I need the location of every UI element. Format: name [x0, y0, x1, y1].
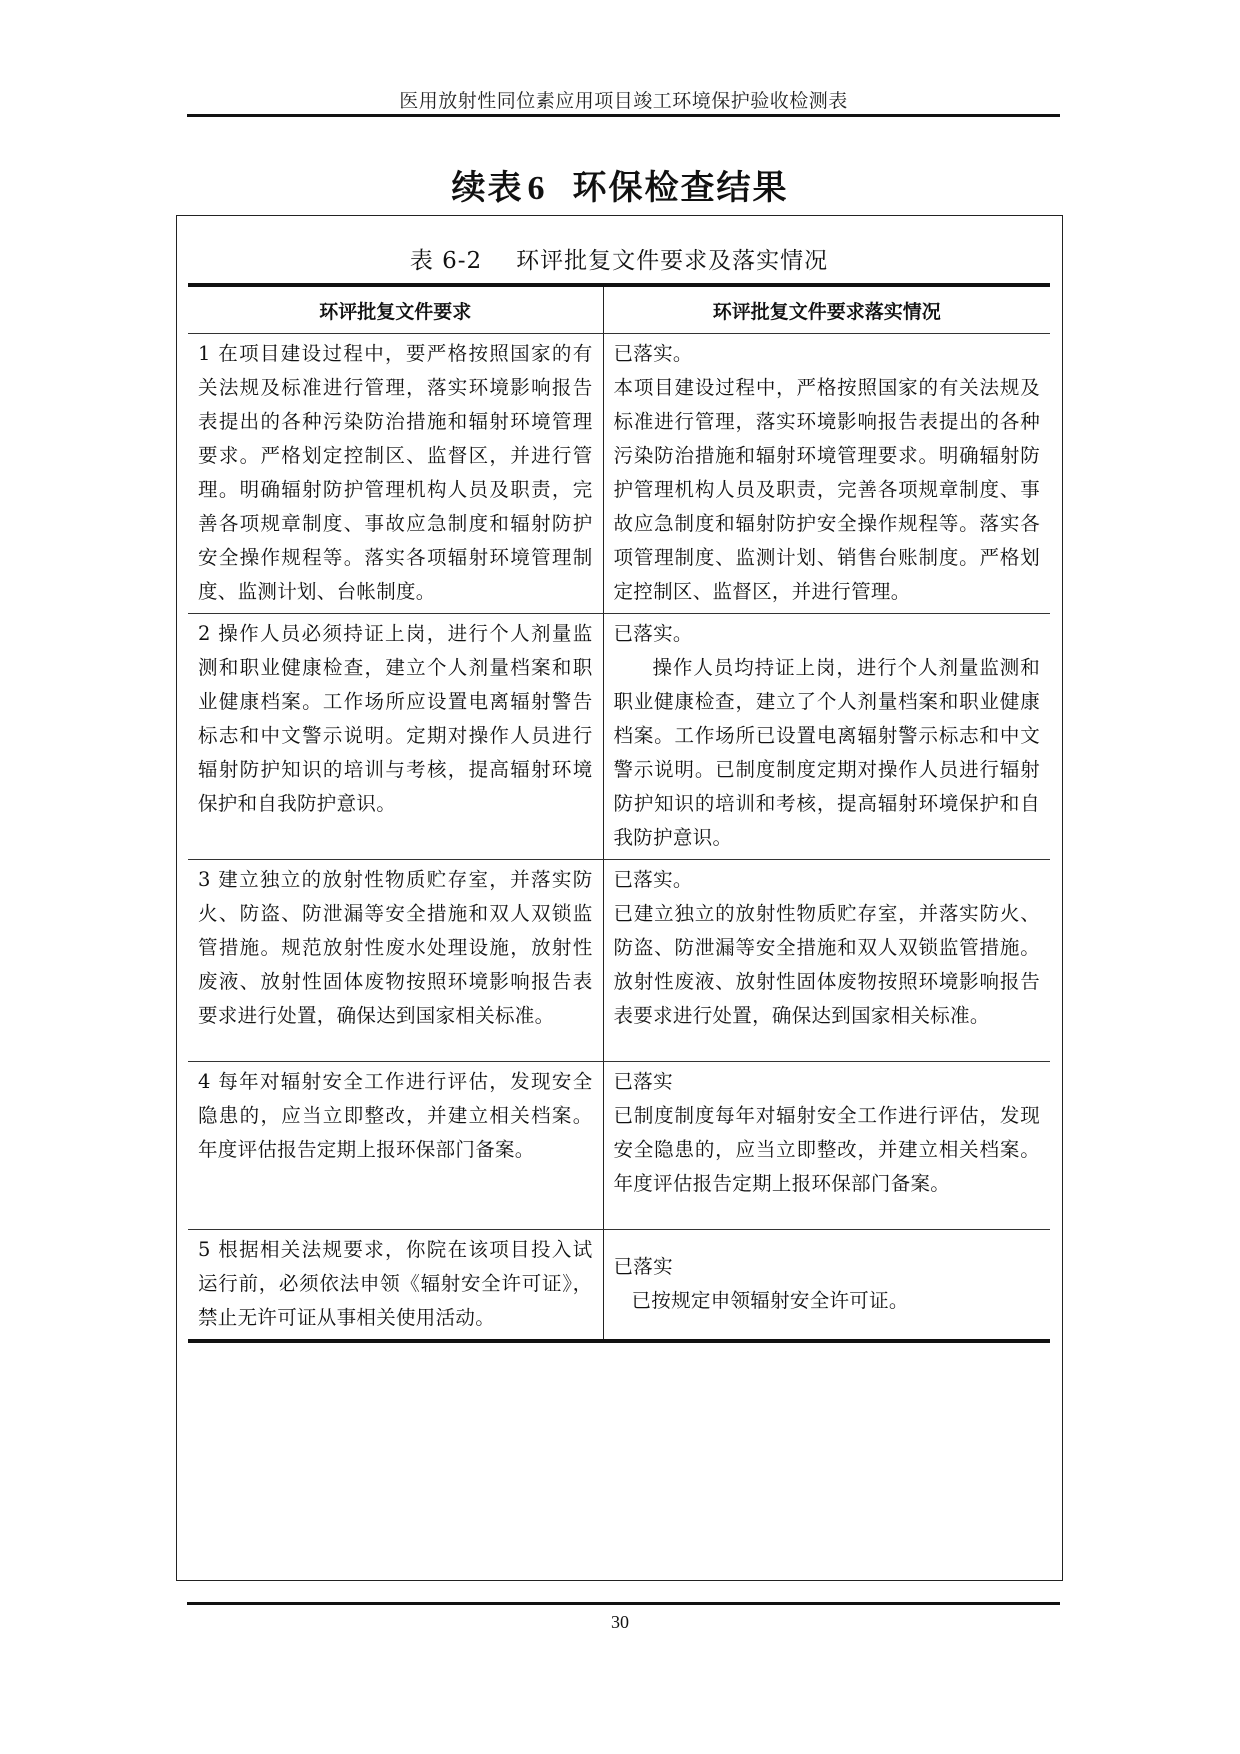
table-header-row: 环评批复文件要求 环评批复文件要求落实情况	[188, 285, 1050, 334]
implementation-cell: 已落实 已按规定申领辐射安全许可证。	[603, 1230, 1050, 1342]
table-row: 1 在项目建设过程中，要严格按照国家的有关法规及标准进行管理，落实环境影响报告表…	[188, 334, 1050, 614]
page-title-number: 6	[528, 170, 547, 207]
implementation-cell: 已落实。 本项目建设过程中，严格按照国家的有关法规及标准进行管理，落实环境影响报…	[603, 334, 1050, 614]
table-row: 3 建立独立的放射性物质贮存室，并落实防火、防盗、防泄漏等安全措施和双人双锁监管…	[188, 860, 1050, 1062]
table-row: 5 根据相关法规要求，你院在该项目投入试运行前，必须依法申领《辐射安全许可证》，…	[188, 1230, 1050, 1342]
implementation-text: 已按规定申领辐射安全许可证。	[614, 1284, 1041, 1318]
table-row: 2 操作人员必须持证上岗，进行个人剂量监测和职业健康检查，建立个人剂量档案和职业…	[188, 614, 1050, 860]
implementation-cell: 已落实 已制度制度每年对辐射安全工作进行评估，发现安全隐患的，应当立即整改，并建…	[603, 1062, 1050, 1230]
requirement-cell: 5 根据相关法规要求，你院在该项目投入试运行前，必须依法申领《辐射安全许可证》，…	[188, 1230, 603, 1342]
implementation-text: 已制度制度每年对辐射安全工作进行评估，发现安全隐患的，应当立即整改，并建立相关档…	[614, 1099, 1041, 1201]
requirements-table: 环评批复文件要求 环评批复文件要求落实情况 1 在项目建设过程中，要严格按照国家…	[188, 283, 1050, 1343]
page-title: 续表6环保检查结果	[0, 160, 1240, 209]
implementation-cell: 已落实。 已建立独立的放射性物质贮存室，并落实防火、防盗、防泄漏等安全措施和双人…	[603, 860, 1050, 1062]
status-text: 已落实。	[614, 863, 1041, 897]
requirement-cell: 1 在项目建设过程中，要严格按照国家的有关法规及标准进行管理，落实环境影响报告表…	[188, 334, 603, 614]
status-text: 已落实。	[614, 337, 1041, 371]
page-title-prefix: 续表	[452, 168, 524, 208]
status-text: 已落实	[614, 1065, 1041, 1099]
header-rule	[187, 114, 1060, 117]
requirement-cell: 2 操作人员必须持证上岗，进行个人剂量监测和职业健康检查，建立个人剂量档案和职业…	[188, 614, 603, 860]
column-header-implementation: 环评批复文件要求落实情况	[603, 285, 1050, 334]
requirement-cell: 4 每年对辐射安全工作进行评估，发现安全隐患的，应当立即整改，并建立相关档案。年…	[188, 1062, 603, 1230]
column-header-requirement: 环评批复文件要求	[188, 285, 603, 334]
implementation-text: 本项目建设过程中，严格按照国家的有关法规及标准进行管理，落实环境影响报告表提出的…	[614, 371, 1041, 609]
running-header-title: 医用放射性同位素应用项目竣工环境保护验收检测表	[187, 86, 1060, 113]
status-text: 已落实	[614, 1250, 1041, 1284]
footer-rule	[187, 1602, 1060, 1605]
page-number: 30	[0, 1612, 1240, 1633]
table-caption-number: 表 6-2	[410, 248, 482, 274]
page-title-text: 环保检查结果	[573, 168, 789, 208]
implementation-text: 已建立独立的放射性物质贮存室，并落实防火、防盗、防泄漏等安全措施和双人双锁监管措…	[614, 897, 1041, 1033]
status-text: 已落实。	[614, 617, 1041, 651]
requirement-cell: 3 建立独立的放射性物质贮存室，并落实防火、防盗、防泄漏等安全措施和双人双锁监管…	[188, 860, 603, 1062]
table-caption-text: 环评批复文件要求及落实情况	[516, 248, 828, 274]
implementation-cell: 已落实。 操作人员均持证上岗，进行个人剂量监测和职业健康检查，建立了个人剂量档案…	[603, 614, 1050, 860]
table-caption: 表 6-2环评批复文件要求及落实情况	[188, 242, 1050, 275]
implementation-text: 操作人员均持证上岗，进行个人剂量监测和职业健康检查，建立了个人剂量档案和职业健康…	[614, 651, 1041, 855]
table-row: 4 每年对辐射安全工作进行评估，发现安全隐患的，应当立即整改，并建立相关档案。年…	[188, 1062, 1050, 1230]
